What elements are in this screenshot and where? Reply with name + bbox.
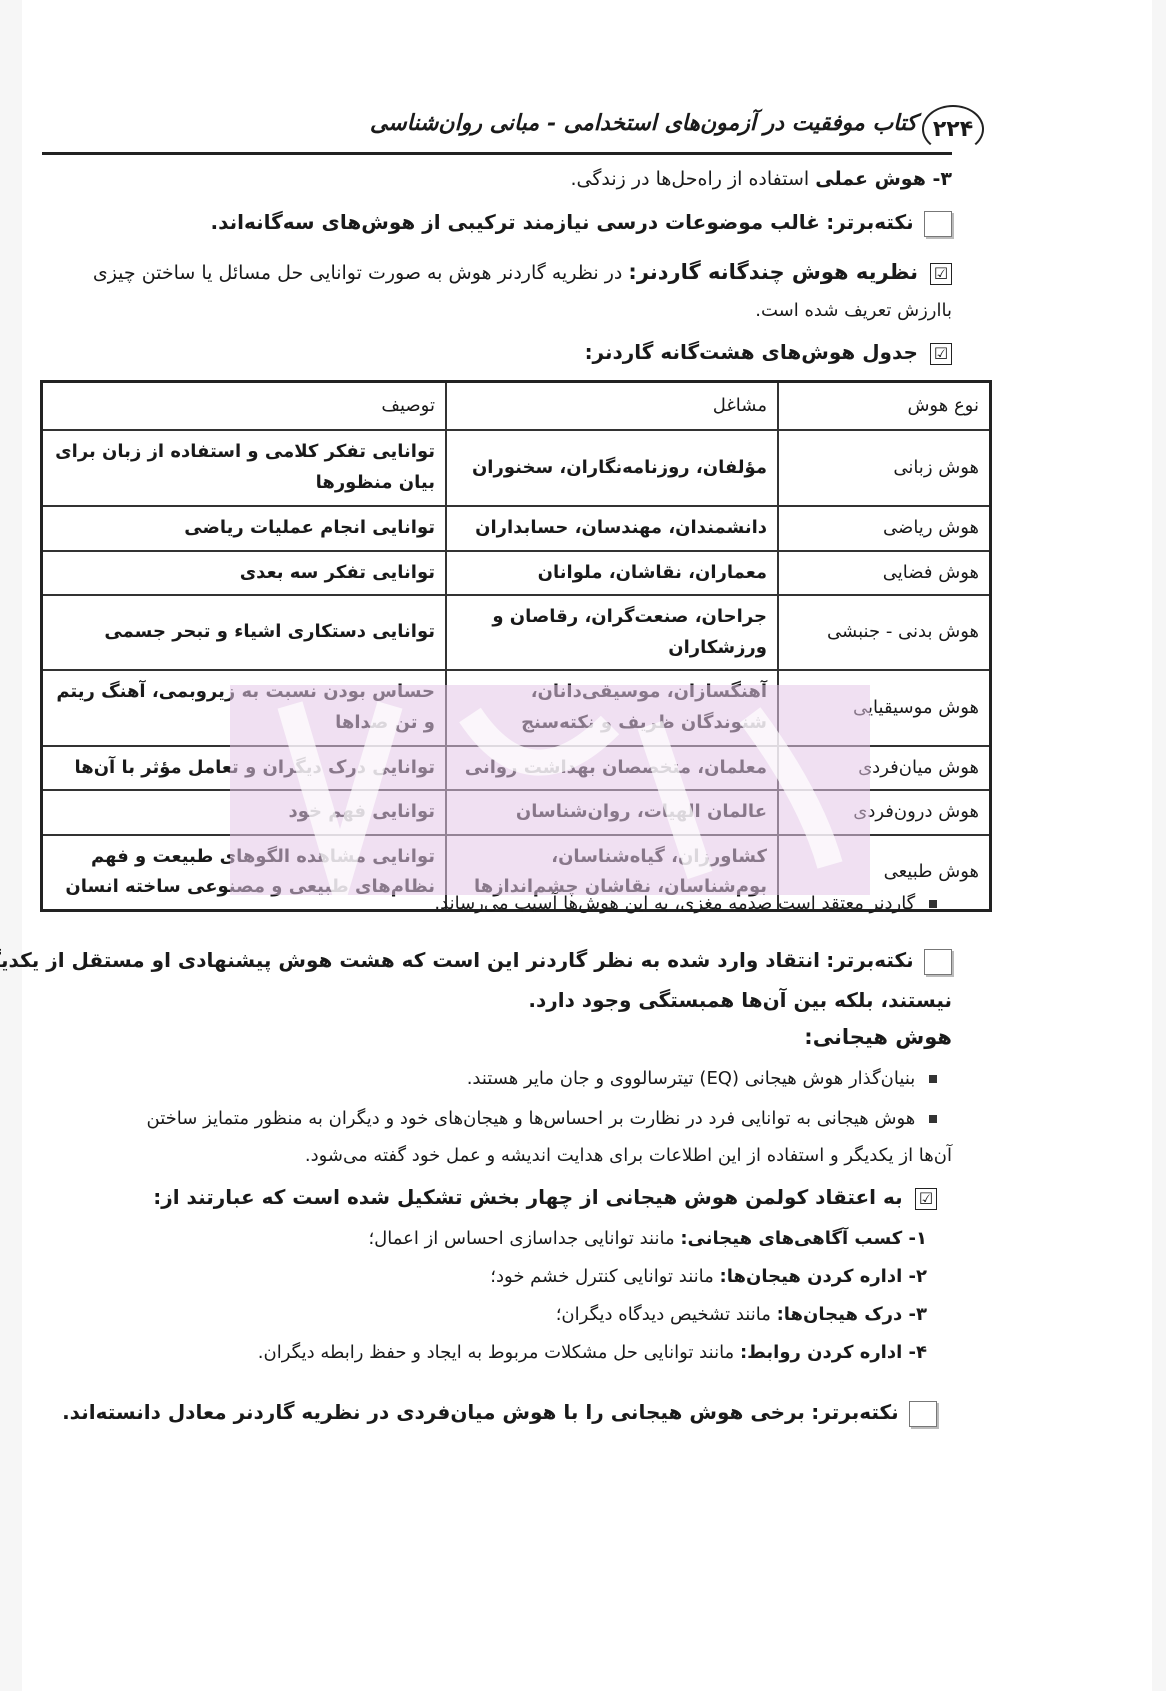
cell-description: توانایی دستکاری اشیاء و تبحر جسمی [42, 595, 447, 670]
checkbox-icon: ☑ [930, 343, 952, 365]
note-2-line1: نکته‌برتر: انتقاد وارد شده به نظر گاردنر… [0, 948, 952, 975]
practical-intelligence-line: ۳- هوش عملی استفاده از راه‌حل‌ها در زندگ… [571, 168, 953, 190]
document-page: ۲۲۴ کتاب موفقیت در آزمون‌های استخدامی - … [22, 0, 1152, 1691]
checkbox-icon: ☑ [930, 263, 952, 285]
bullet-brain-damage: گاردنر معتقد است صدمه مغزی، به این هوش‌ه… [434, 893, 937, 914]
cell-type: هوش میان‌فردی [778, 746, 991, 791]
header-type: نوع هوش [778, 382, 991, 431]
table-row: هوش زبانی مؤلفان، روزنامه‌نگاران، سخنورا… [42, 430, 991, 506]
cell-type: هوش ریاضی [778, 506, 991, 551]
cell-description: توانایی تفکر کلامی و استفاده از زبان برا… [42, 430, 447, 506]
cell-occupations: معماران، نقاشان، ملوانان [446, 551, 778, 596]
header-description: توصیف [42, 382, 447, 431]
bullet-eq-definition-line1: هوش هیجانی به توانایی فرد در نظارت بر اح… [147, 1108, 937, 1129]
cell-occupations: دانشمندان، مهندسان، حسابداران [446, 506, 778, 551]
note-box-icon [909, 1401, 937, 1427]
intelligences-table: نوع هوش مشاغل توصیف هوش زبانی مؤلفان، رو… [40, 380, 992, 912]
note-box-icon [924, 211, 952, 237]
table-row: هوش میان‌فردی معلمان، متخصصان بهداشت روا… [42, 746, 991, 791]
cell-type: هوش موسیقیایی [778, 670, 991, 745]
note-box-icon [924, 949, 952, 975]
cell-description: حساس بودن نسبت به زیروبمی، آهنگ ریتم و ت… [42, 670, 447, 745]
emotional-intelligence-heading: هوش هیجانی: [804, 1025, 952, 1049]
cell-type: هوش فضایی [778, 551, 991, 596]
note-1: نکته‌برتر: غالب موضوعات درسی نیازمند ترک… [210, 210, 952, 237]
cell-description: توانایی مشاهده الگوهای طبیعت و فهم نظام‌… [42, 835, 447, 911]
checkbox-icon: ☑ [915, 1188, 937, 1210]
note-2-line2: نیستند، بلکه بین آن‌ها همبستگی وجود دارد… [528, 988, 952, 1012]
cell-occupations: معلمان، متخصصان بهداشت روانی [446, 746, 778, 791]
bullet-eq-definition-line2: آن‌ها از یکدیگر و استفاده از این اطلاعات… [305, 1145, 952, 1166]
cell-occupations: آهنگسازان، موسیقی‌دانان، شنوندگان ظریف و… [446, 670, 778, 745]
table-row: هوش درون‌فردی عالمان الهیات، روان‌شناسان… [42, 790, 991, 835]
cell-description: توانایی درک دیگران و تعامل مؤثر با آن‌ها [42, 746, 447, 791]
goleman-intro: ☑ به اعتقاد کولمن هوش هیجانی از چهار بخش… [153, 1185, 937, 1210]
header-rule [42, 152, 952, 155]
bullet-icon [929, 900, 937, 908]
goleman-item-1: ۱- کسب آگاهی‌های هیجانی: مانند توانایی ج… [368, 1228, 927, 1249]
header-occupations: مشاغل [446, 382, 778, 431]
goleman-item-2: ۲- اداره کردن هیجان‌ها: مانند توانایی کن… [490, 1266, 927, 1287]
bullet-icon [929, 1075, 937, 1083]
note-3: نکته‌برتر: برخی هوش هیجانی را با هوش میا… [62, 1400, 937, 1427]
cell-description: توانایی فهم خود [42, 790, 447, 835]
table-row: هوش موسیقیایی آهنگسازان، موسیقی‌دانان، ش… [42, 670, 991, 745]
table-title: ☑ جدول هوش‌های هشت‌گانه گاردنر: [585, 340, 952, 365]
cell-description: توانایی تفکر سه بعدی [42, 551, 447, 596]
table-row: هوش فضایی معماران، نقاشان، ملوانان توانا… [42, 551, 991, 596]
gardner-theory-line1: ☑ نظریه هوش چندگانه گاردنر: در نظریه گار… [93, 260, 952, 285]
cell-occupations: عالمان الهیات، روان‌شناسان [446, 790, 778, 835]
table-row: هوش ریاضی دانشمندان، مهندسان، حسابداران … [42, 506, 991, 551]
cell-type: هوش زبانی [778, 430, 991, 506]
cell-type: هوش بدنی - جنبشی [778, 595, 991, 670]
goleman-item-3: ۳- درک هیجان‌ها: مانند تشخیص دیدگاه دیگر… [556, 1304, 927, 1325]
gardner-theory-line2: باارزش تعریف شده است. [755, 300, 952, 321]
table-header-row: نوع هوش مشاغل توصیف [42, 382, 991, 431]
cell-type: هوش درون‌فردی [778, 790, 991, 835]
goleman-item-4: ۴- اداره کردن روابط: مانند توانایی حل مش… [258, 1342, 927, 1363]
page-number: ۲۲۴ [922, 105, 984, 153]
cell-description: توانایی انجام عملیات ریاضی [42, 506, 447, 551]
running-header-title: کتاب موفقیت در آزمون‌های استخدامی - مبان… [370, 110, 917, 136]
cell-occupations: جراحان، صنعت‌گران، رقاصان و ورزشکاران [446, 595, 778, 670]
cell-occupations: مؤلفان، روزنامه‌نگاران، سخنوران [446, 430, 778, 506]
table-row: هوش بدنی - جنبشی جراحان، صنعت‌گران، رقاص… [42, 595, 991, 670]
bullet-eq-founders: بنیان‌گذار هوش هیجانی (EQ) تیترسالووی و … [467, 1068, 937, 1089]
bullet-icon [929, 1115, 937, 1123]
